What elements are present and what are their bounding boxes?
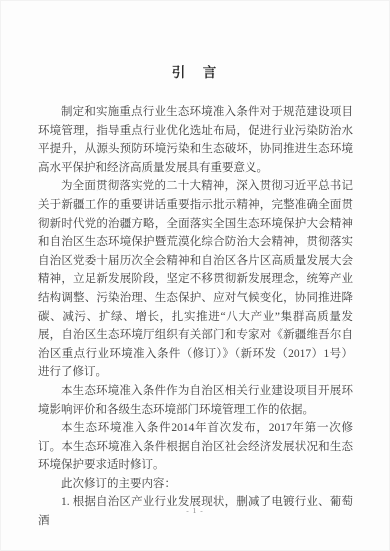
- document-page: 引 言 制定和实施重点行业生态环境准入条件对于规范建设项目环境管理，指导重点行业…: [0, 0, 390, 551]
- paragraph-intro: 制定和实施重点行业生态环境准入条件对于规范建设项目环境管理，指导重点行业优化选址…: [38, 103, 353, 177]
- paragraph-policy-background: 为全面贯彻落实党的二十大精神，深入贯彻习近平总书记关于新疆工作的重要讲话重要指示…: [38, 177, 353, 382]
- paragraph-revision-history: 本生态环境准入条件2014年首次发布，2017年第一次修订。本生态环境准入条件根…: [38, 419, 353, 475]
- page-number: - 1 -: [0, 506, 390, 515]
- paragraph-basis: 本生态环境准入条件作为自治区相关行业建设项目开展环境影响评价和各级生态环境部门环…: [38, 382, 353, 419]
- paragraph-revision-heading: 此次修订的主要内容：: [38, 475, 353, 494]
- document-body: 制定和实施重点行业生态环境准入条件对于规范建设项目环境管理，指导重点行业优化选址…: [38, 103, 353, 531]
- page-title: 引 言: [0, 61, 390, 81]
